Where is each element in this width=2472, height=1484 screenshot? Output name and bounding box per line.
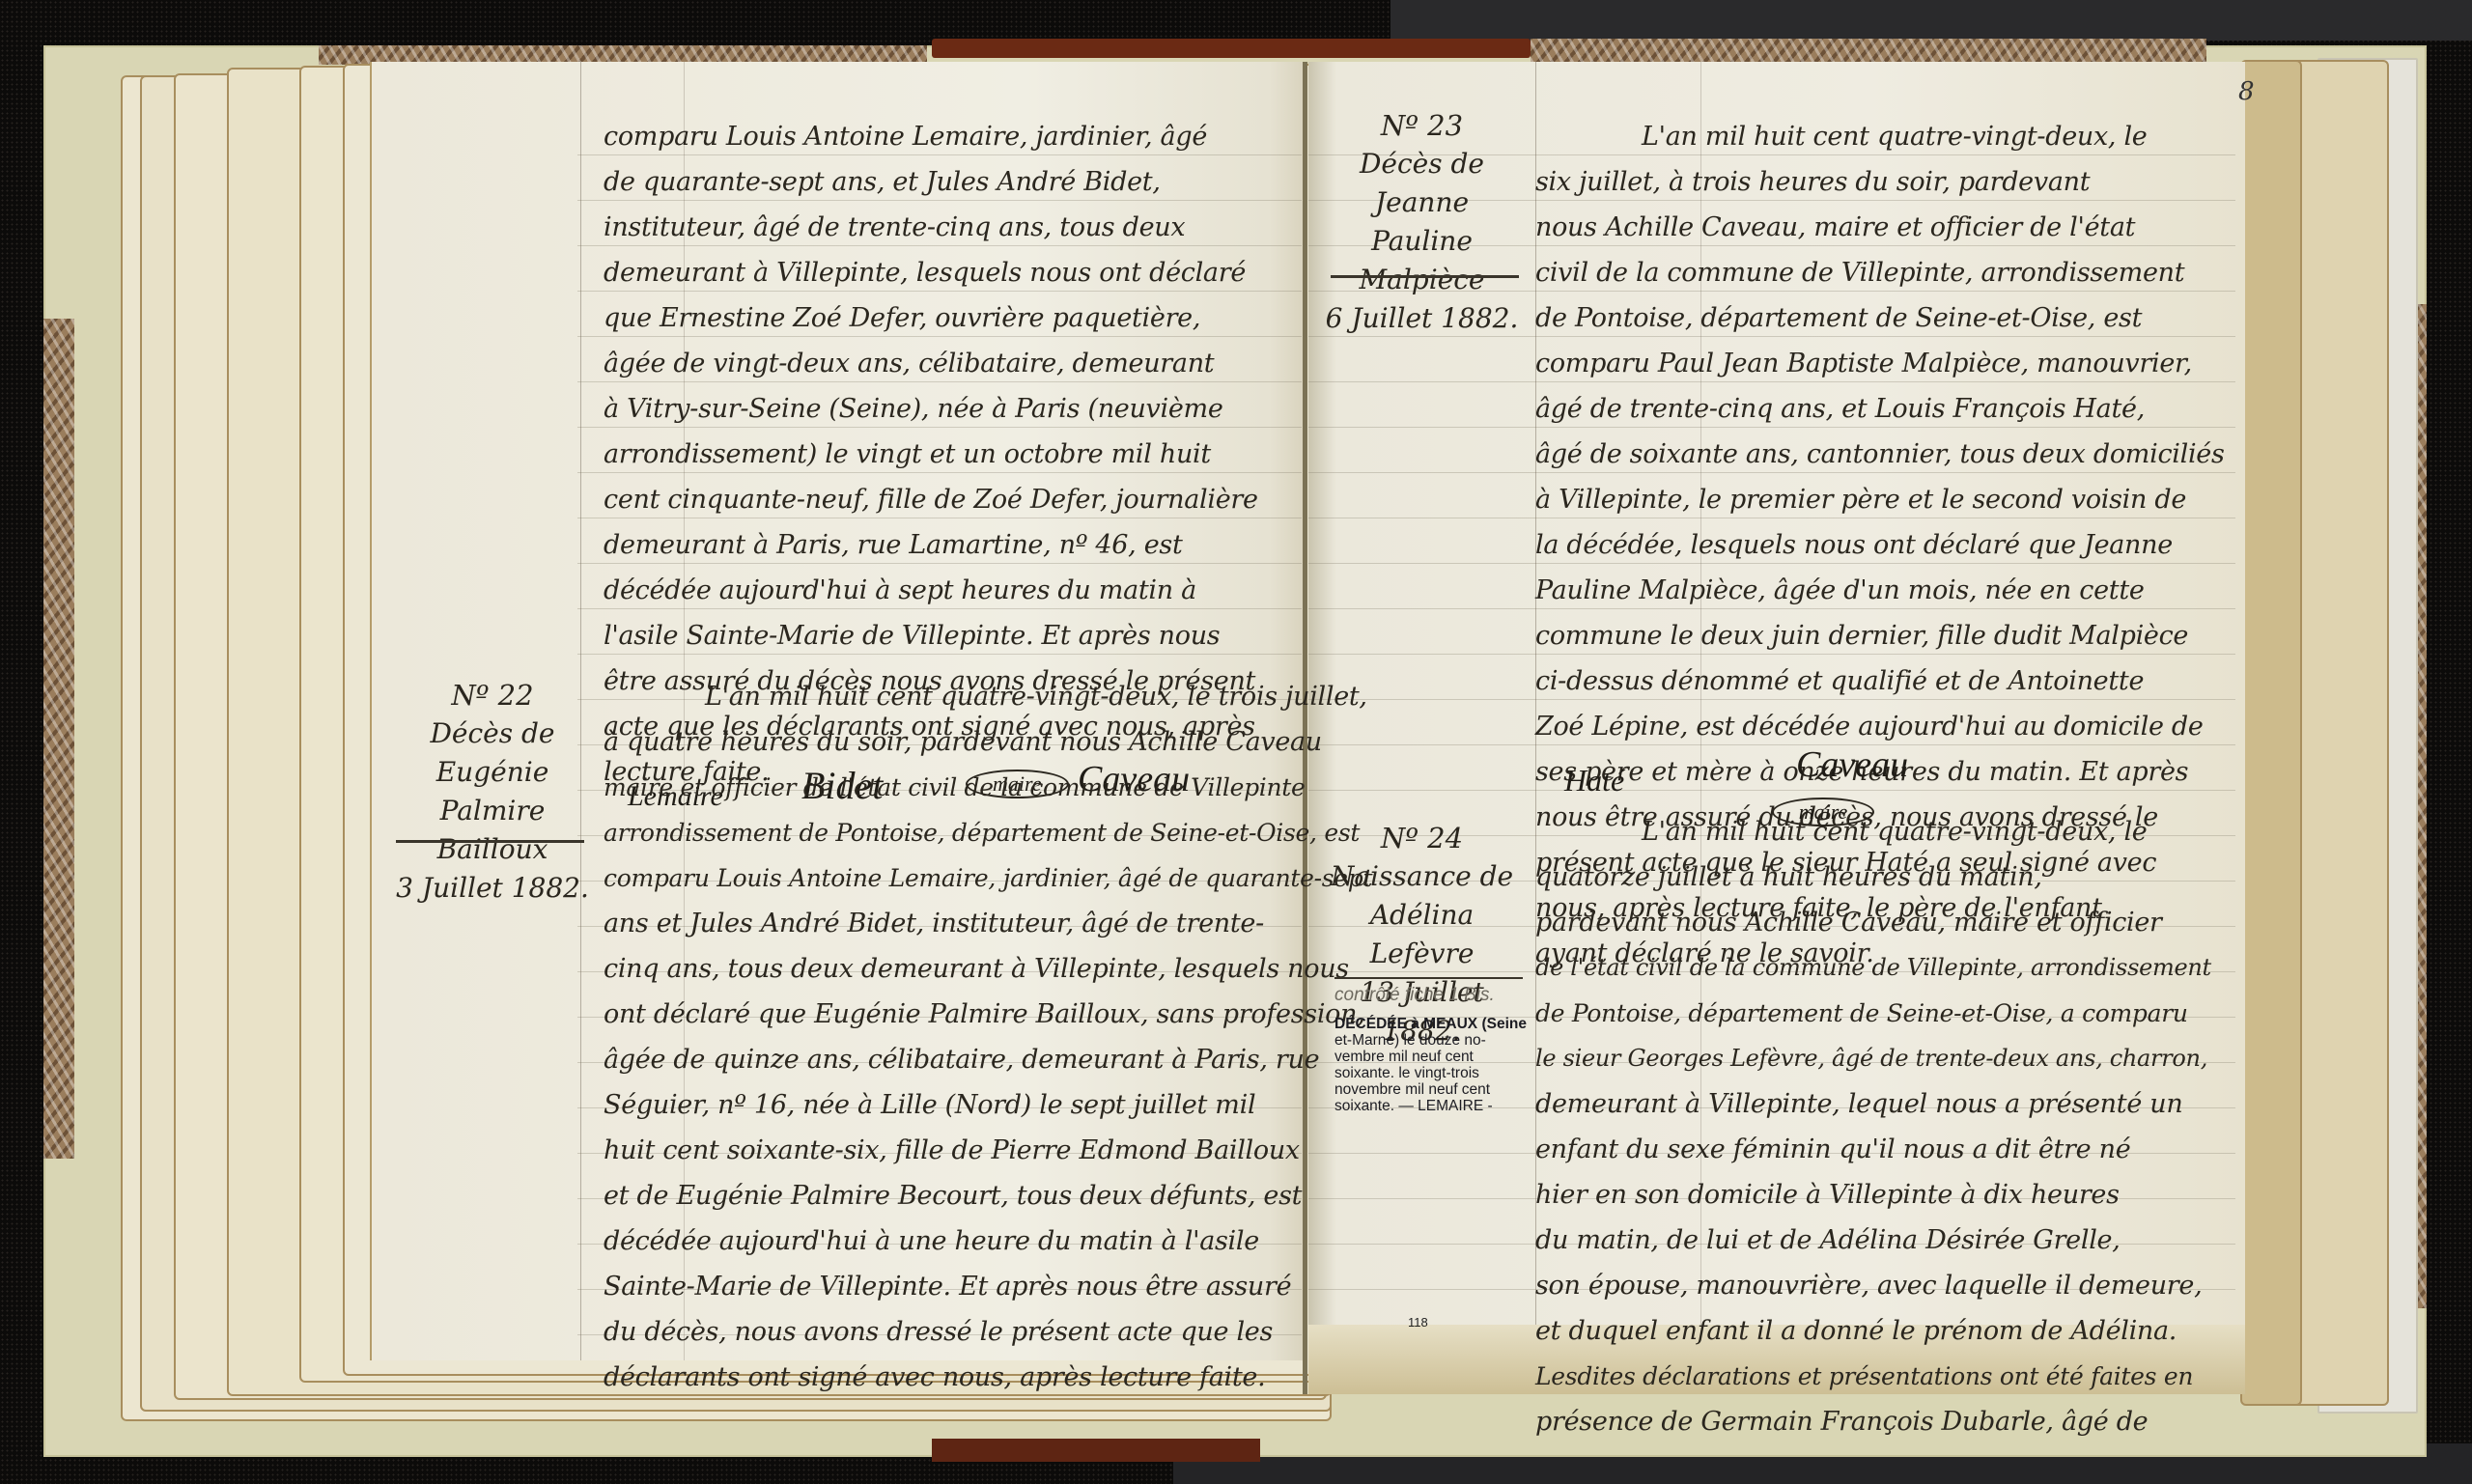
entry-date: 3 Juillet 1882. xyxy=(381,869,604,908)
text-line: âgée de vingt-deux ans, célibataire, dem… xyxy=(604,341,1214,386)
leather-spine-bottom xyxy=(932,1439,1260,1462)
text-line: Zoé Lépine, est décédée aujourd'hui au d… xyxy=(1535,704,2204,749)
text-line: pardevant nous Achille Caveau, maire et … xyxy=(1535,900,2162,945)
marginal-death-annotation: DÉCÉDÉE à MEAUX (Seine et-Marne) le douz… xyxy=(1334,1016,1552,1114)
text-line: de Pontoise, département de Seine-et-Ois… xyxy=(1535,991,2188,1036)
text-line: décédée aujourd'hui à une heure du matin… xyxy=(604,1218,1259,1264)
text-line: ans et Jules André Bidet, instituteur, â… xyxy=(604,901,1264,946)
text-line: à quatre heures du soir, pardevant nous … xyxy=(604,719,1322,765)
text-line: comparu Paul Jean Baptiste Malpièce, man… xyxy=(1535,341,2192,386)
text-line: comparu Louis Antoine Lemaire, jardinier… xyxy=(604,114,1207,159)
text-line: maire et officier de l'état civil de la … xyxy=(604,765,1306,810)
text-line: du décès, nous avons dressé le présent a… xyxy=(604,1309,1273,1355)
entry-title-line-1: Naissance de xyxy=(1318,857,1526,896)
folio-number: 118 xyxy=(1408,1315,1428,1330)
entry-number: Nº 22 xyxy=(381,676,604,714)
text-line: huit cent soixante-six, fille de Pierre … xyxy=(604,1128,1300,1173)
text-line: du matin, de lui et de Adélina Désirée G… xyxy=(1535,1218,2121,1263)
entry-title-line-2: Pauline Malpièce xyxy=(1318,222,1526,299)
text-line: ci-dessus dénommé et qualifié et de Anto… xyxy=(1535,658,2144,704)
annotation-line: soixante. — LEMAIRE - xyxy=(1334,1098,1552,1114)
text-line: que Ernestine Zoé Defer, ouvrière paquet… xyxy=(604,295,1200,341)
entry-number: Nº 23 xyxy=(1318,106,1526,145)
text-line: arrondissement) le vingt et un octobre m… xyxy=(604,432,1211,477)
text-line: demeurant à Paris, rue Lamartine, nº 46,… xyxy=(604,522,1183,568)
text-line: enfant du sexe féminin qu'il nous a dit … xyxy=(1535,1127,2130,1172)
text-line: cinq ans, tous deux demeurant à Villepin… xyxy=(604,946,1349,992)
text-line: demeurant à Villepinte, lequel nous a pr… xyxy=(1535,1081,2182,1127)
text-line: présence de Germain François Dubarle, âg… xyxy=(1535,1399,2148,1444)
text-line: instituteur, âgé de trente-cinq ans, tou… xyxy=(604,205,1185,250)
text-line: civil de la commune de Villepinte, arron… xyxy=(1535,250,2184,295)
text-line: L'an mil huit cent quatre-vingt-deux, le xyxy=(1642,809,2147,854)
annotation-line: DÉCÉDÉE à MEAUX (Seine xyxy=(1334,1016,1552,1032)
text-line: son épouse, manouvrière, avec laquelle i… xyxy=(1535,1263,2202,1308)
entry-title-line-1: Décès de Jeanne xyxy=(1318,145,1526,222)
margin-separator xyxy=(396,840,584,843)
text-line: de l'état civil de la commune de Villepi… xyxy=(1535,945,2211,991)
text-line: arrondissement de Pontoise, département … xyxy=(604,810,1360,855)
text-line: et duquel enfant il a donné le prénom de… xyxy=(1535,1308,2177,1354)
annotation-line: et-Marne) le douze no- xyxy=(1334,1032,1552,1049)
annotation-line: novembre mil neuf cent xyxy=(1334,1081,1552,1098)
text-line: Pauline Malpièce, âgée d'un mois, née en… xyxy=(1535,568,2145,613)
annotation-line: vembre mil neuf cent xyxy=(1334,1049,1552,1065)
text-line: à Villepinte, le premier père et le seco… xyxy=(1535,477,2186,522)
page-stack-right-2 xyxy=(2240,60,2302,1406)
text-line: comparu Louis Antoine Lemaire, jardinier… xyxy=(604,855,1372,901)
signature-hate: Haté xyxy=(1564,763,1624,798)
text-line: décédée aujourd'hui à sept heures du mat… xyxy=(604,568,1196,613)
text-line: l'asile Sainte-Marie de Villepinte. Et a… xyxy=(604,613,1220,658)
backdrop-grey-strip xyxy=(1390,0,2472,41)
entry-title-line-1: Décès de Eugénie xyxy=(381,714,604,792)
text-line: âgé de soixante ans, cantonnier, tous de… xyxy=(1535,432,2225,477)
text-line: L'an mil huit cent quatre-vingt-deux, le xyxy=(1642,114,2147,159)
marbled-edge-left xyxy=(43,319,74,1159)
text-line: hier en son domicile à Villepinte à dix … xyxy=(1535,1172,2120,1218)
text-line: Lesdites déclarations et présentations o… xyxy=(1535,1354,2193,1399)
text-line: âgé de trente-cinq ans, et Louis Françoi… xyxy=(1535,386,2145,432)
text-line: commune le deux juin dernier, fille dudi… xyxy=(1535,613,2188,658)
text-line: de quarante-sept ans, et Jules André Bid… xyxy=(604,159,1161,205)
entry-23-margin: Nº 23 Décès de Jeanne Pauline Malpièce 6… xyxy=(1318,106,1526,338)
text-line: et de Eugénie Palmire Becourt, tous deux… xyxy=(604,1173,1302,1218)
pencil-note: contrôlé fiche 1 Bis. xyxy=(1334,985,1495,1006)
text-line: déclarants ont signé avec nous, après le… xyxy=(604,1355,1265,1400)
marbled-edge-top-right xyxy=(1531,39,2206,62)
text-line: ont déclaré que Eugénie Palmire Bailloux… xyxy=(604,992,1365,1037)
text-line: à Vitry-sur-Seine (Seine), née à Paris (… xyxy=(604,386,1223,432)
entry-title-line-2: Palmire Bailloux xyxy=(381,792,604,869)
entry-title-line-2: Adélina Lefèvre xyxy=(1318,896,1526,973)
text-line: la décédée, lesquels nous ont déclaré qu… xyxy=(1535,522,2173,568)
annotation-line: soixante. le vingt-trois xyxy=(1334,1065,1552,1081)
caveau-name: Caveau xyxy=(1738,743,1908,786)
text-line: le sieur Georges Lefèvre, âgé de trente-… xyxy=(1535,1036,2207,1081)
text-line: de Pontoise, département de Seine-et-Ois… xyxy=(1535,295,2142,341)
text-line: Sainte-Marie de Villepinte. Et après nou… xyxy=(604,1264,1291,1309)
text-line: cent cinquante-neuf, fille de Zoé Defer,… xyxy=(604,477,1258,522)
text-line: Séguier, nº 16, née à Lille (Nord) le se… xyxy=(604,1082,1255,1128)
text-line: six juillet, à trois heures du soir, par… xyxy=(1535,159,2090,205)
text-line: quatorze juillet à huit heures du matin, xyxy=(1535,854,2042,900)
corner-mark: 8 xyxy=(2238,77,2255,106)
text-line: demeurant à Villepinte, lesquels nous on… xyxy=(604,250,1246,295)
margin-separator xyxy=(1334,977,1523,979)
text-line: nous Achille Caveau, maire et officier d… xyxy=(1535,205,2135,250)
entry-date: 6 Juillet 1882. xyxy=(1318,299,1526,338)
text-line: L'an mil huit cent quatre-vingt-deux, le… xyxy=(705,674,1367,719)
margin-separator xyxy=(1331,275,1519,278)
leather-spine-top xyxy=(932,39,1531,58)
entry-22-margin: Nº 22 Décès de Eugénie Palmire Bailloux … xyxy=(381,676,604,908)
text-line: âgée de quinze ans, célibataire, demeura… xyxy=(604,1037,1319,1082)
entry-number: Nº 24 xyxy=(1318,819,1526,857)
